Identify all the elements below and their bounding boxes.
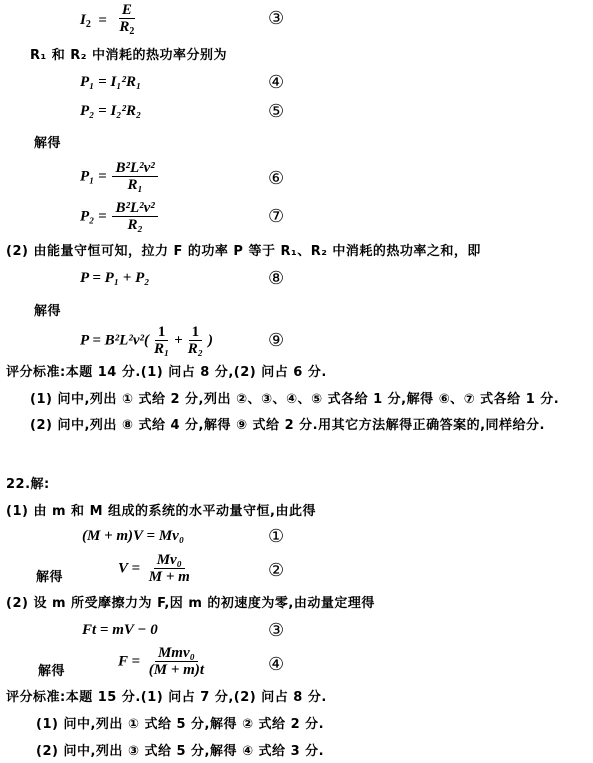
equation-label-3: ③	[268, 8, 284, 29]
q22-solve-label-2: 解得	[38, 660, 65, 679]
q22-scoring-line1: (1) 问中,列出 ① 式给 5 分,解得 ② 式给 2 分.	[36, 713, 324, 732]
q22-equation-label-4: ④	[268, 654, 284, 675]
q22-equation-2: V = Mv₀M + m	[118, 552, 195, 586]
equation-8: P = P₁ + P₂	[80, 270, 150, 287]
equation-6: P₁ = B²L²v²R₁	[80, 160, 160, 194]
q22-scoring-title: 评分标准:本题 15 分.(1) 问占 7 分,(2) 问占 8 分.	[6, 686, 327, 705]
q22-part2-text: (2) 设 m 所受摩擦力为 F,因 m 的初速度为零,由动量定理得	[6, 592, 375, 611]
solve-label-1: 解得	[34, 132, 61, 151]
equation-label-6: ⑥	[268, 168, 284, 189]
q22-heading: 22.解:	[6, 473, 50, 492]
q22-equation-label-2: ②	[268, 560, 284, 581]
equation-7: P₂ = B²L²v²R₂	[80, 200, 160, 234]
part2-text: (2) 由能量守恒可知，拉力 F 的功率 P 等于 R₁、R₂ 中消耗的热功率之…	[6, 240, 481, 259]
eq3-fraction: E R2	[116, 2, 137, 40]
equation-5: P₂ = I₂²R₂	[80, 103, 141, 120]
scoring-21-line2: (2) 问中,列出 ⑧ 式给 4 分,解得 ⑨ 式给 2 分.用其它方法解得正确…	[30, 414, 545, 433]
q22-equation-4: F = Mmv₀(M + m)t	[118, 645, 209, 679]
equation-label-7: ⑦	[268, 206, 284, 227]
equation-3: I2 = E R2	[80, 2, 139, 40]
equation-label-5: ⑤	[268, 101, 284, 122]
eq3-lhs: I2	[80, 12, 91, 28]
q22-scoring-line2: (2) 问中,列出 ③ 式给 5 分,解得 ④ 式给 3 分.	[36, 740, 324, 759]
q22-equation-1: (M + m)V = Mv₀	[82, 528, 184, 545]
equation-label-9: ⑨	[268, 330, 284, 351]
scoring-21-line1: (1) 问中,列出 ① 式给 2 分,列出 ②、③、④、⑤ 式各给 1 分,解得…	[30, 388, 559, 407]
scoring-21-title: 评分标准:本题 14 分.(1) 问占 8 分,(2) 问占 6 分.	[6, 361, 327, 380]
q22-equation-label-1: ①	[268, 526, 284, 547]
q22-solve-label-1: 解得	[36, 566, 63, 585]
q22-equation-label-3: ③	[268, 620, 284, 641]
equation-4: P₁ = I₁²R₁	[80, 74, 141, 91]
equation-label-8: ⑧	[268, 268, 284, 289]
heat-power-text: R₁ 和 R₂ 中消耗的热功率分别为	[30, 44, 227, 63]
equation-label-4: ④	[268, 72, 284, 93]
q22-equation-3: Ft = mV − 0	[82, 622, 158, 639]
solve-label-2: 解得	[34, 300, 61, 319]
q22-part1-text: (1) 由 m 和 M 组成的系统的水平动量守恒,由此得	[6, 500, 316, 519]
equation-9: P = B²L²v²(1R₁+1R₂)	[80, 324, 213, 358]
